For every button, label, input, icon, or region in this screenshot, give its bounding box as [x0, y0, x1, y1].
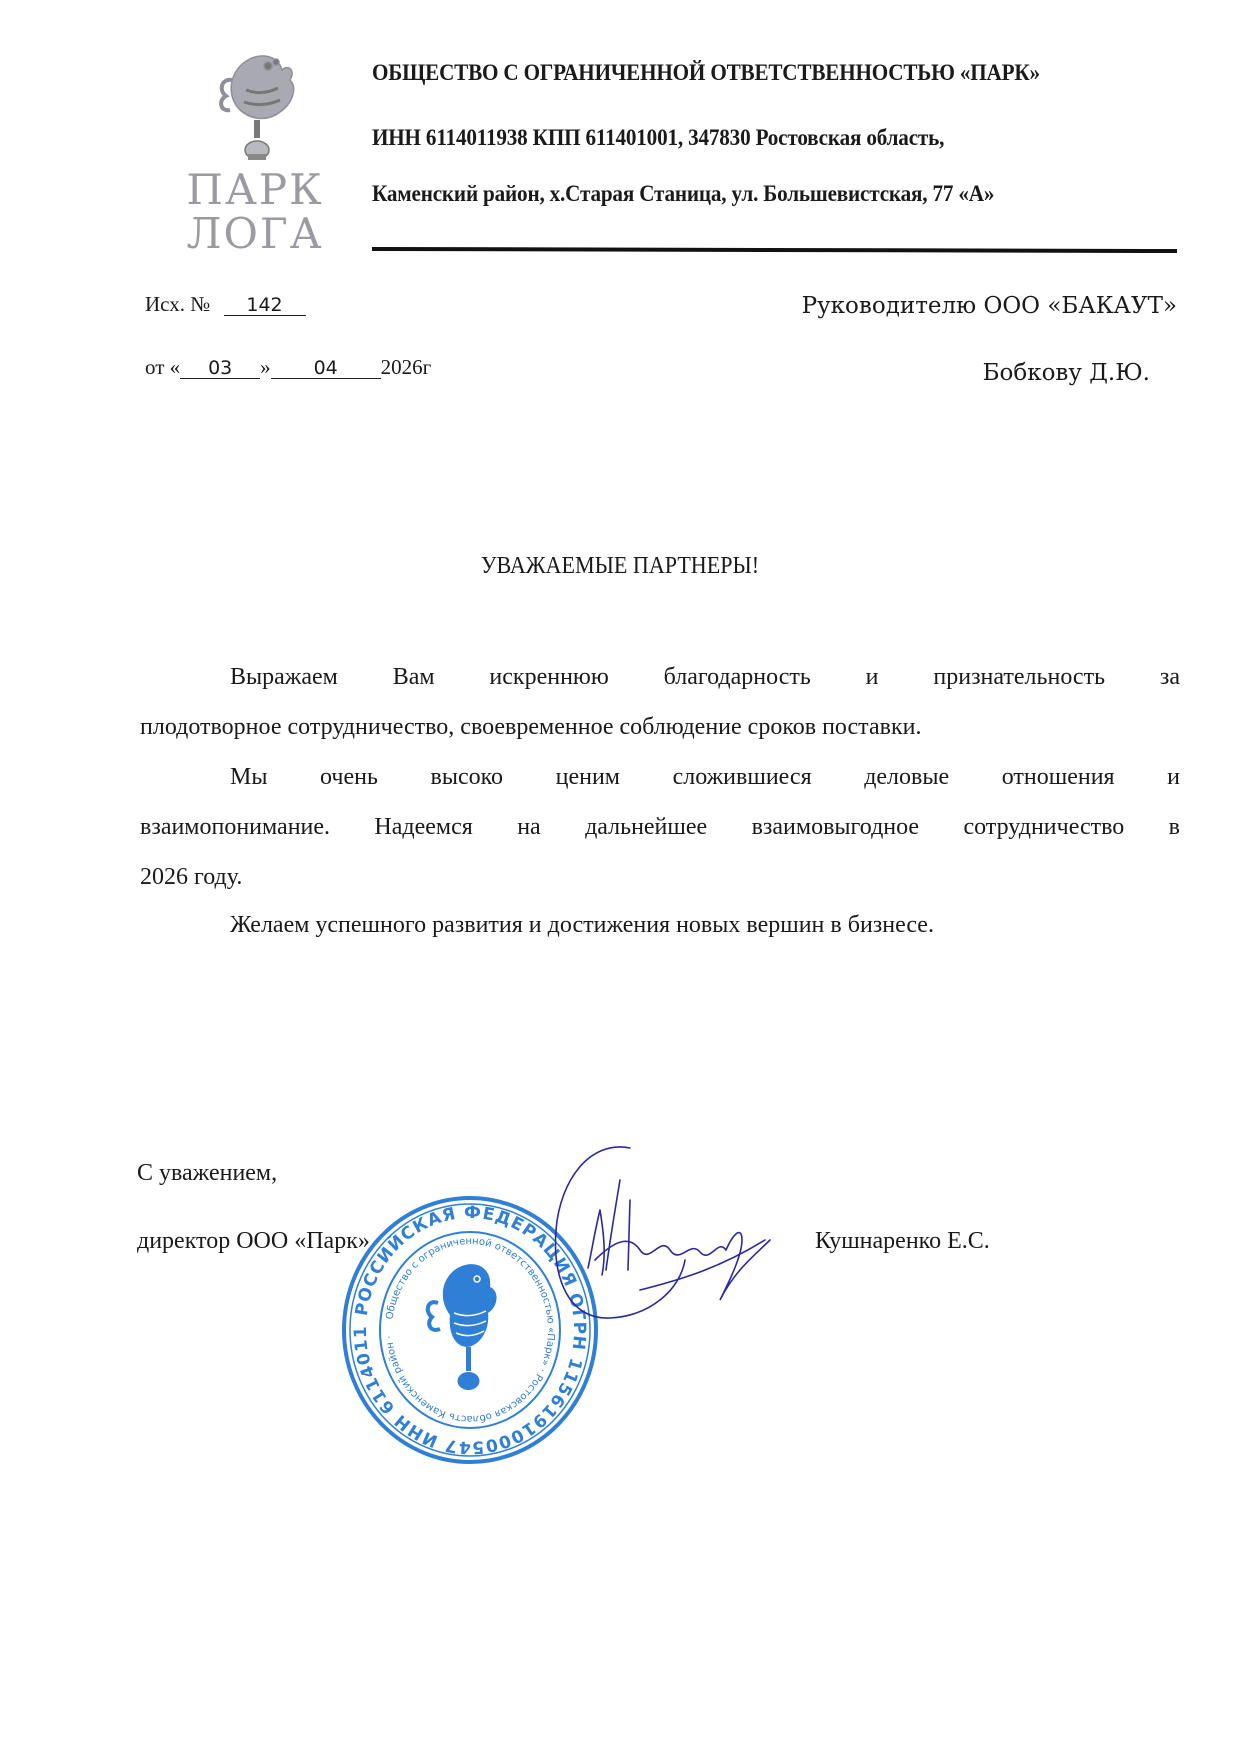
signature-icon: [480, 1140, 780, 1340]
paragraph-2-line1: Мы очень высоко ценим сложившиеся деловы…: [140, 752, 1180, 802]
company-details-line1: ИНН 6114011938 КПП 611401001, 347830 Рос…: [372, 125, 944, 151]
company-details-line2: Каменский район, х.Старая Станица, ул. Б…: [372, 181, 994, 207]
date-year: 2026г: [381, 355, 432, 379]
logo-text-line1: ПАРК: [170, 168, 340, 212]
outgoing-date: от «03»042026г: [145, 355, 431, 380]
signer-position: директор ООО «Парк»: [137, 1228, 370, 1255]
letter-title: УВАЖАЕМЫЕ ПАРТНЕРЫ!: [50, 553, 1191, 580]
recipient-line2: Бобкову Д.Ю.: [983, 360, 1150, 386]
date-day: 03: [180, 358, 260, 379]
paragraph-1-line1: Выражаем Вам искреннюю благодарность и п…: [140, 652, 1180, 702]
outgoing-number-label: Исх. №: [145, 292, 210, 316]
firebird-logo-icon: [170, 40, 340, 170]
logo-text-line2: ЛОГА: [170, 212, 340, 256]
paragraph-2-line3: 2026 году.: [140, 852, 1180, 902]
paragraph-1-line2: плодотворное сотрудничество, своевременн…: [140, 702, 1180, 752]
handwritten-signature: [480, 1140, 780, 1340]
date-month: 04: [271, 358, 381, 379]
company-name: ОБЩЕСТВО С ОГРАНИЧЕННОЙ ОТВЕТСТВЕННОСТЬЮ…: [372, 60, 1040, 86]
paragraph-3-line1: Желаем успешного развития и достижения н…: [140, 900, 1180, 950]
outgoing-number: Исх. № 142: [145, 292, 306, 317]
paragraph-2-line2: взаимопонимание. Надеемся на дальнейшее …: [140, 802, 1180, 852]
paragraph-1: Выражаем Вам искреннюю благодарность и п…: [140, 652, 1180, 752]
paragraph-2: Мы очень высоко ценим сложившиеся деловы…: [140, 752, 1180, 902]
paragraph-3: Желаем успешного развития и достижения н…: [140, 900, 1180, 950]
outgoing-number-value: 142: [224, 295, 306, 316]
closing-regards: С уважением,: [137, 1160, 277, 1187]
company-logo: ПАРК ЛОГА: [170, 40, 340, 255]
date-mid: »: [260, 355, 271, 379]
header-rule: [372, 247, 1177, 253]
signer-name: Кушнаренко Е.С.: [815, 1228, 990, 1255]
recipient-line1: Руководителю ООО «БАКАУТ»: [802, 293, 1177, 319]
date-prefix: от «: [145, 355, 180, 379]
